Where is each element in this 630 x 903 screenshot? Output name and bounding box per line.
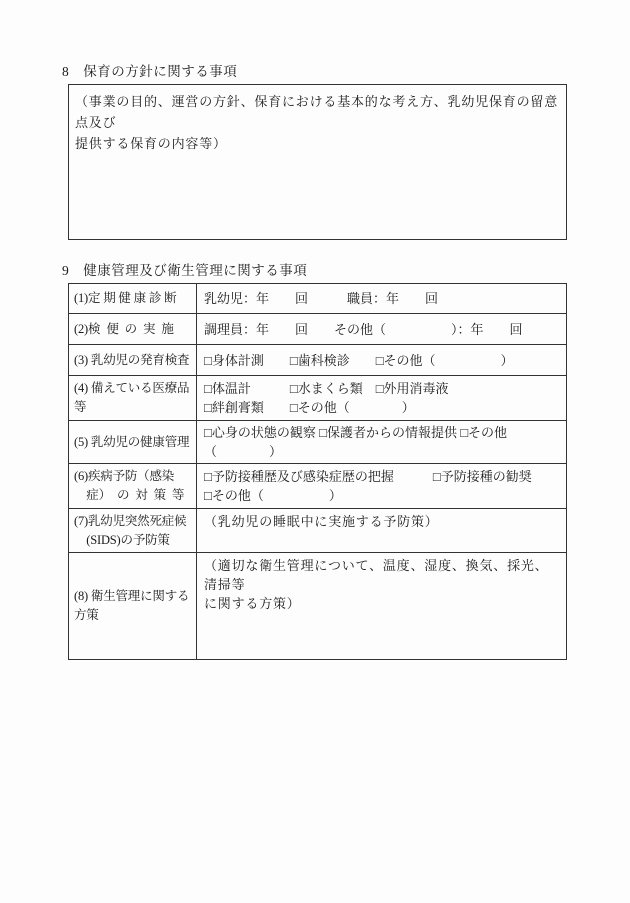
row-8-content: （適切な衛生管理について、温度、湿度、換気、採光、清掃等 に関する方策） (197, 553, 567, 660)
row-5-content: □心身の状態の観察 □保護者からの情報提供 □その他（ ） (197, 421, 567, 464)
table-row-7: (7)乳幼児突然死症候 (SIDS)の予防策 （乳幼児の睡眠中に実施する予防策） (69, 509, 567, 553)
row-3-content: □身体計測 □歯科検診 □その他（ ） (197, 345, 567, 376)
row-2-label: (2)検 便 の 実 施 (69, 314, 197, 345)
row-7-label: (7)乳幼児突然死症候 (SIDS)の予防策 (69, 509, 197, 553)
table-row-2: (2)検 便 の 実 施 調理員：年 回 その他（ ）：年 回 (69, 314, 567, 345)
row-4-label: (4) 備えている医療品等 (69, 376, 197, 421)
row-7-content: （乳幼児の睡眠中に実施する予防策） (197, 509, 567, 553)
table-row-4: (4) 備えている医療品等 □体温計 □水まくら類 □外用消毒液 □絆創膏類 □… (69, 376, 567, 421)
row-5-label: (5) 乳幼児の健康管理 (69, 421, 197, 464)
row-6-label: (6)疾病予防（感染 症） の 対 策 等 (69, 464, 197, 509)
table-row-6: (6)疾病予防（感染 症） の 対 策 等 □予防接種歴及び感染症歴の把握 □予… (69, 464, 567, 509)
document-page: 8 保育の方針に関する事項 （事業の目的、運営の方針、保育における基本的な考え方… (0, 0, 630, 903)
row-3-label: (3) 乳幼児の発育検査 (69, 345, 197, 376)
row-1-label: (1)定 期 健 康 診 断 (69, 284, 197, 314)
row-6-content: □予防接種歴及び感染症歴の把握 □予防接種の勧奨 □その他（ ） (197, 464, 567, 509)
section-8-heading: 8 保育の方針に関する事項 (62, 60, 237, 80)
row-1-content: 乳幼児：年 回 職員：年 回 (197, 284, 567, 314)
row-4-content: □体温計 □水まくら類 □外用消毒液 □絆創膏類 □その他（ ） (197, 376, 567, 421)
table-row-3: (3) 乳幼児の発育検査 □身体計測 □歯科検診 □その他（ ） (69, 345, 567, 376)
row-8-label: (8) 衛生管理に関する方策 (69, 553, 197, 660)
row-2-content: 調理員：年 回 その他（ ）：年 回 (197, 314, 567, 345)
table-row-5: (5) 乳幼児の健康管理 □心身の状態の観察 □保護者からの情報提供 □その他（… (69, 421, 567, 464)
section-8-box-note: （事業の目的、運営の方針、保育における基本的な考え方、乳幼児保育の留意点及び 提… (69, 85, 566, 154)
section-9-heading: 9 健康管理及び衛生管理に関する事項 (62, 259, 307, 279)
table-row-8: (8) 衛生管理に関する方策 （適切な衛生管理について、温度、湿度、換気、採光、… (69, 553, 567, 660)
health-management-table: (1)定 期 健 康 診 断 乳幼児：年 回 職員：年 回 (2)検 便 の 実… (68, 283, 567, 660)
table-row-1: (1)定 期 健 康 診 断 乳幼児：年 回 職員：年 回 (69, 284, 567, 314)
section-8-box: （事業の目的、運営の方針、保育における基本的な考え方、乳幼児保育の留意点及び 提… (68, 84, 567, 240)
